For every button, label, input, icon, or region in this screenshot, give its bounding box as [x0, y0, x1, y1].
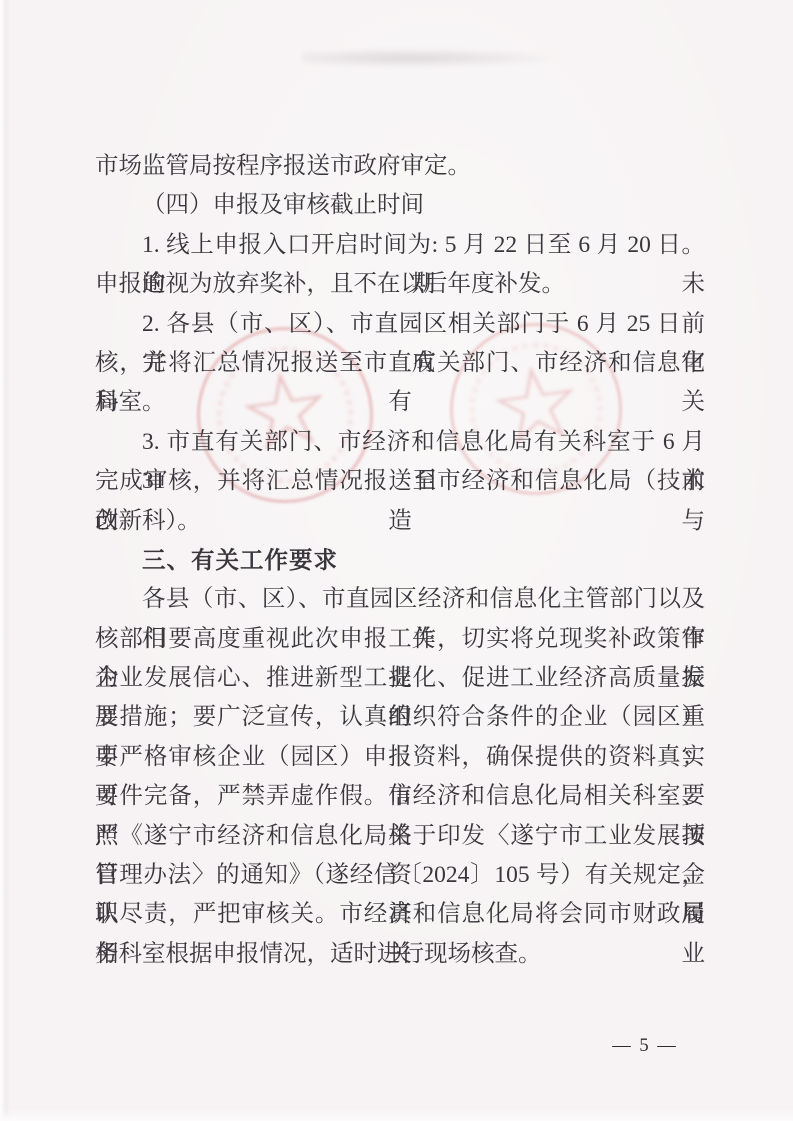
- text-line: 企业发展信心、推进新型工业化、促进工业经济高质量发展的重: [95, 659, 705, 698]
- text-line: 职尽责，严把审核关。市经济和信息化局将会同市财政局相关业: [95, 895, 705, 934]
- text-line: 核部门要高度重视此次申报工作，切实将兑现奖补政策作为提振: [95, 620, 705, 659]
- section-heading: 三、有关工作要求: [95, 541, 705, 580]
- text-line: 市场监管局按程序报送市政府审定。: [95, 147, 705, 186]
- page-number: — 5 —: [599, 1036, 691, 1057]
- text-line: 要措施；要广泛宣传，认真组织符合条件的企业（园区）申报；: [95, 698, 705, 737]
- text-line: 1. 线上申报入口开启时间为: 5 月 22 日至 6 月 20 日。逾期未: [95, 226, 705, 265]
- scan-smudge-artifact: [302, 48, 567, 68]
- text-line: 管理办法〉的通知》（遂经信〔2024〕105 号）有关规定，认真履: [95, 856, 705, 895]
- text-line: （四）申报及审核截止时间: [95, 186, 705, 225]
- document-page: ☆ ☆ 市场监管局按程序报送市政府审定。（四）申报及审核截止时间1. 线上申报入…: [0, 0, 793, 1121]
- scan-edge-bottom: [0, 1109, 793, 1121]
- text-line: 要件完备，严禁弄虚作假。市经济和信息化局相关科室要严格按: [95, 777, 705, 816]
- scan-edge-left: [0, 0, 10, 1121]
- text-line: 完成审核，并将汇总情况报送至市经济和信息化局（技术改造与: [95, 462, 705, 501]
- text-line: 核，并将汇总情况报送至市直有关部门、市经济和信息化局有关: [95, 344, 705, 383]
- text-line: 2. 各县（市、区）、市直园区相关部门于 6 月 25 日前完成审: [95, 305, 705, 344]
- text-line: 照《遂宁市经济和信息化局关于印发〈遂宁市工业发展项目资金: [95, 817, 705, 856]
- text-line: 3. 市直有关部门、市经济和信息化局有关科室于 6 月 31 日前: [95, 423, 705, 462]
- text-line: 要严格审核企业（园区）申报资料，确保提供的资料真实可信、: [95, 738, 705, 777]
- document-body: 市场监管局按程序报送市政府审定。（四）申报及审核截止时间1. 线上申报入口开启时…: [95, 147, 705, 974]
- text-line: 各县（市、区）、市直园区经济和信息化主管部门以及相关审: [95, 580, 705, 619]
